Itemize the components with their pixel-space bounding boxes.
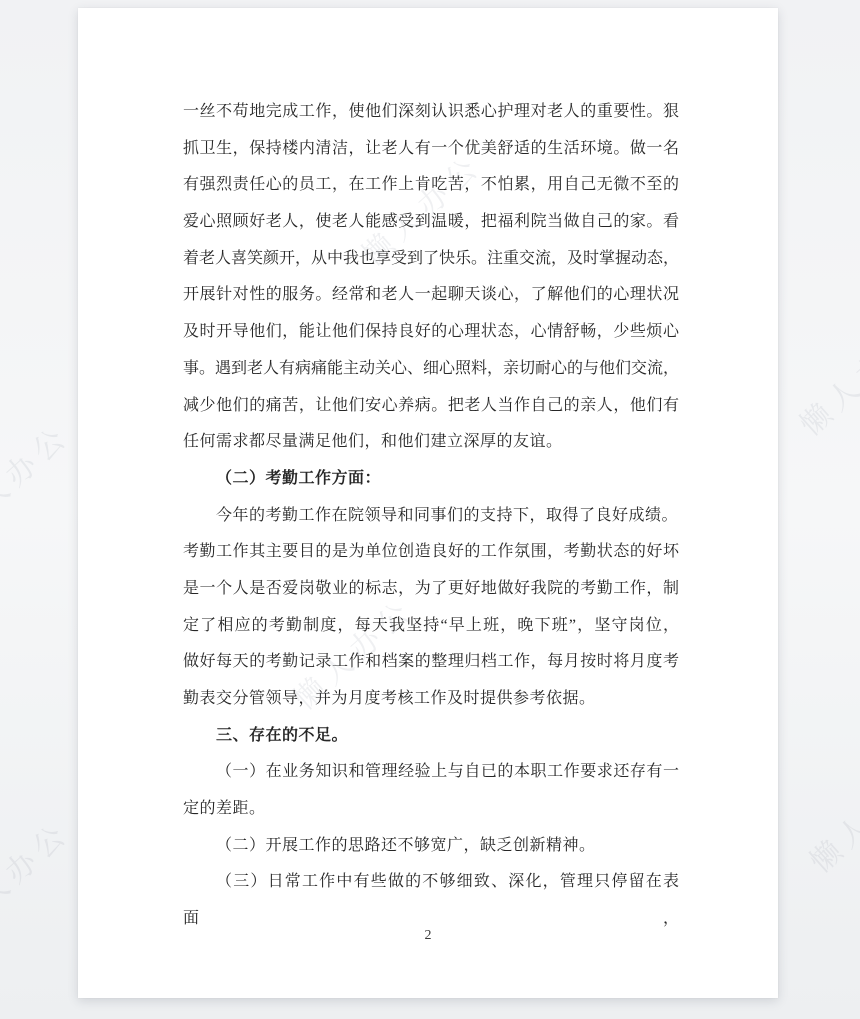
text-line: 考勤工作其主要目的是为单位创造良好的工作氛围，考勤状态的好坏 <box>183 534 679 571</box>
text-line: 爱心照顾好老人，使老人能感受到温暖，把福利院当做自己的家。看 <box>183 204 679 241</box>
text-line: （三）日常工作中有些做的不够细致、深化，管理只停留在表面， <box>183 864 679 901</box>
text-line: （二）开展工作的思路还不够宽广，缺乏创新精神。 <box>183 828 679 865</box>
text-line: 减少他们的痛苦，让他们安心养病。把老人当作自己的亲人，他们有 <box>183 388 679 425</box>
text-line: （一）在业务知识和管理经验上与自已的本职工作要求还存有一 <box>183 754 679 791</box>
text-line: 开展针对性的服务。经常和老人一起聊天谈心，了解他们的心理状况 <box>183 277 679 314</box>
text-line: 一丝不苟地完成工作，使他们深刻认识悉心护理对老人的重要性。狠 <box>183 94 679 131</box>
document-page: 一丝不苟地完成工作，使他们深刻认识悉心护理对老人的重要性。狠抓卫生，保持楼内清洁… <box>78 8 778 998</box>
text-line: 抓卫生，保持楼内清洁，让老人有一个优美舒适的生活环境。做一名 <box>183 131 679 168</box>
section-heading: （二）考勤工作方面： <box>183 461 679 498</box>
text-line: 及时开导他们，能让他们保持良好的心理状态，心情舒畅，少些烦心 <box>183 314 679 351</box>
text-line: 任何需求都尽量满足他们，和他们建立深厚的友谊。 <box>183 424 679 461</box>
text-line: 事。遇到老人有病痛能主动关心、细心照料，亲切耐心的与他们交流， <box>183 351 679 388</box>
text-line: 有强烈责任心的员工，在工作上肯吃苦，不怕累，用自己无微不至的 <box>183 167 679 204</box>
watermark-text: 懒人办公 <box>798 749 860 881</box>
document-body: 一丝不苟地完成工作，使他们深刻认识悉心护理对老人的重要性。狠抓卫生，保持楼内清洁… <box>183 94 679 901</box>
text-line: 今年的考勤工作在院领导和同事们的支持下，取得了良好成绩。 <box>183 498 679 535</box>
document-viewer-canvas: 一丝不苟地完成工作，使他们深刻认识悉心护理对老人的重要性。狠抓卫生，保持楼内清洁… <box>0 0 860 1019</box>
watermark-text: 懒人办公 <box>0 412 78 544</box>
text-line: 是一个人是否爱岗敬业的标志，为了更好地做好我院的考勤工作，制 <box>183 571 679 608</box>
text-line: 勤表交分管领导，并为月度考核工作及时提供参考依据。 <box>183 681 679 718</box>
page-number: 2 <box>78 926 778 946</box>
watermark-text: 懒人办公 <box>788 312 860 444</box>
text-line: 定了相应的考勤制度，每天我坚持“早上班，晚下班”，坚守岗位， <box>183 608 679 645</box>
text-line: 着老人喜笑颜开，从中我也享受到了快乐。注重交流，及时掌握动态， <box>183 241 679 278</box>
text-line: 做好每天的考勤记录工作和档案的整理归档工作，每月按时将月度考 <box>183 644 679 681</box>
text-line: 定的差距。 <box>183 791 679 828</box>
watermark-text: 懒人办公 <box>0 809 78 941</box>
section-heading: 三、存在的不足。 <box>183 718 679 755</box>
